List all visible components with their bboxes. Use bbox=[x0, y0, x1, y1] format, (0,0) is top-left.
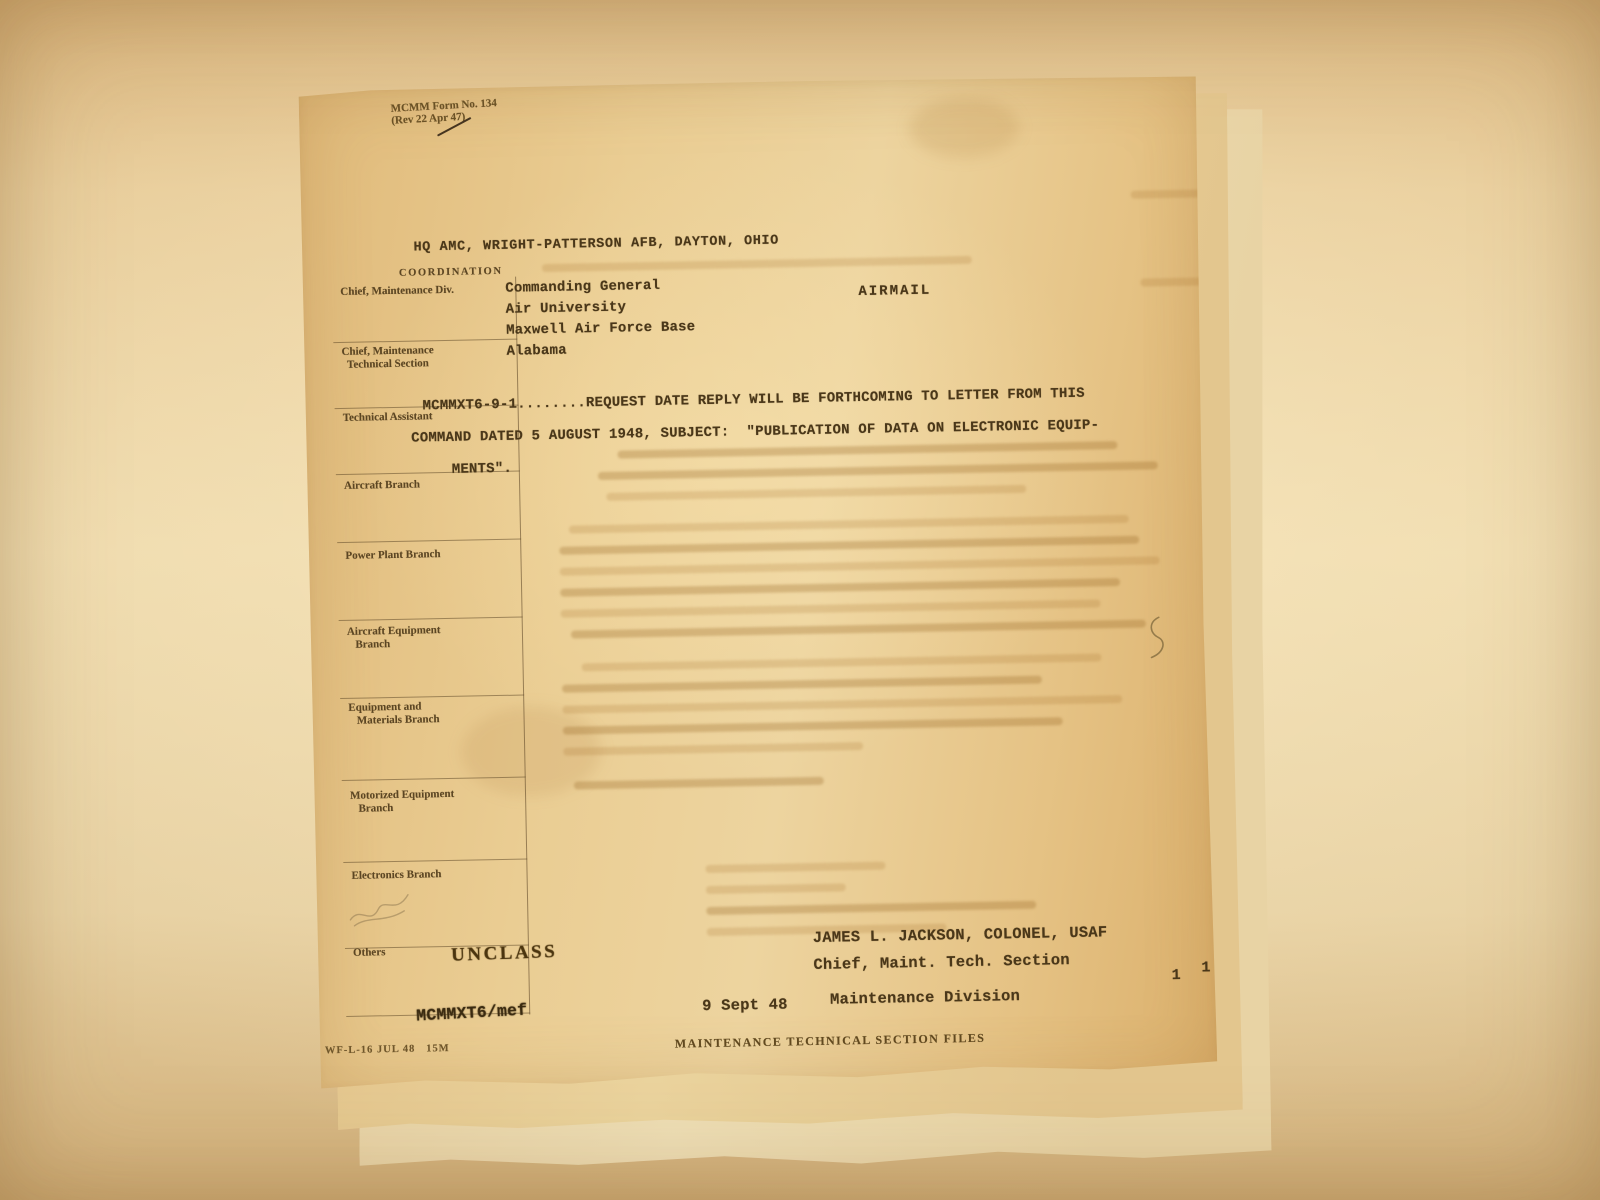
bleed-through-line bbox=[560, 578, 1120, 597]
message-body-line-3: MENTS". bbox=[452, 461, 513, 478]
bleed-through-line bbox=[569, 515, 1129, 534]
photo-scene: MCMM Form No. 134(Rev 22 Apr 47) HQ AMC,… bbox=[0, 0, 1600, 1200]
routing-row-motorized-equipment-branch: Motorized Equipment Branch bbox=[350, 787, 522, 816]
date-stamp: 9 Sept 48 bbox=[702, 996, 788, 1016]
form-number-block: MCMM Form No. 134(Rev 22 Apr 47) bbox=[390, 97, 497, 127]
bleed-through-line bbox=[574, 777, 824, 790]
routing-row-chief-maintenance-div: Chief, Maintenance Div. bbox=[340, 283, 512, 299]
airmail-label: AIRMAIL bbox=[858, 283, 931, 300]
bleed-through-line bbox=[617, 441, 1117, 459]
message-body-line-1: MCMMXT6-9-1........REQUEST DATE REPLY WI… bbox=[422, 386, 1084, 415]
page-mark-1: 1 bbox=[1171, 967, 1181, 984]
routing-row-aircraft-equipment-branch: Aircraft Equipment Branch bbox=[347, 623, 519, 652]
form-footer-title: MAINTENANCE TECHNICAL SECTION FILES bbox=[675, 1031, 986, 1052]
unclass-stamp: UNCLASS bbox=[451, 941, 558, 967]
routing-row-equipment-materials-branch: Equipment and Materials Branch bbox=[348, 699, 520, 728]
recipient-address: Commanding General Air University Maxwel… bbox=[505, 275, 696, 363]
bleed-through-line bbox=[563, 742, 863, 756]
paper-stain bbox=[909, 97, 1020, 159]
bleed-through-line bbox=[562, 676, 1042, 693]
routing-row-aircraft-branch: Aircraft Branch bbox=[344, 477, 516, 493]
office-symbol-stamp: MCMMXT6/mef bbox=[416, 1001, 528, 1026]
pencil-mark-s bbox=[1143, 614, 1170, 660]
routing-row-power-plant-branch: Power Plant Branch bbox=[345, 547, 517, 563]
bleed-through-line bbox=[542, 256, 972, 272]
message-body-line-2: COMMAND DATED 5 AUGUST 1948, SUBJECT: "P… bbox=[411, 417, 1099, 446]
bleed-through-line bbox=[705, 862, 885, 873]
form-print-code: WF-L-16 JUL 48 15M bbox=[325, 1043, 450, 1056]
bleed-through-line bbox=[559, 536, 1139, 555]
bleed-through-line bbox=[563, 717, 1063, 735]
pencil-scribble bbox=[344, 885, 415, 930]
division-line: Maintenance Division bbox=[830, 987, 1020, 1009]
bleed-through-line bbox=[582, 653, 1102, 671]
bleed-through-line bbox=[598, 461, 1158, 480]
bleed-through-line bbox=[706, 883, 846, 894]
routing-row-chief-maintenance-technical-section: Chief, Maintenance Technical Section bbox=[341, 343, 513, 372]
letterhead: HQ AMC, WRIGHT-PATTERSON AFB, DAYTON, OH… bbox=[413, 234, 779, 256]
coordination-label: COORDINATION bbox=[399, 266, 503, 279]
routing-table-rule bbox=[339, 617, 523, 622]
bleed-through-line bbox=[560, 599, 1100, 617]
bleed-through-line bbox=[562, 695, 1122, 714]
bleed-through-line bbox=[706, 901, 1036, 915]
routing-row-electronics-branch: Electronics Branch bbox=[351, 867, 523, 883]
routing-table-rule bbox=[337, 539, 521, 544]
signature-title: Chief, Maint. Tech. Section bbox=[813, 951, 1070, 974]
routing-table-rule bbox=[343, 858, 527, 863]
document-page: MCMM Form No. 134(Rev 22 Apr 47) HQ AMC,… bbox=[298, 73, 1217, 1090]
bleed-through-line bbox=[606, 485, 1026, 501]
bleed-through-line bbox=[571, 620, 1146, 639]
page-mark-2: 1 bbox=[1201, 959, 1211, 976]
bleed-through-line bbox=[560, 556, 1160, 576]
